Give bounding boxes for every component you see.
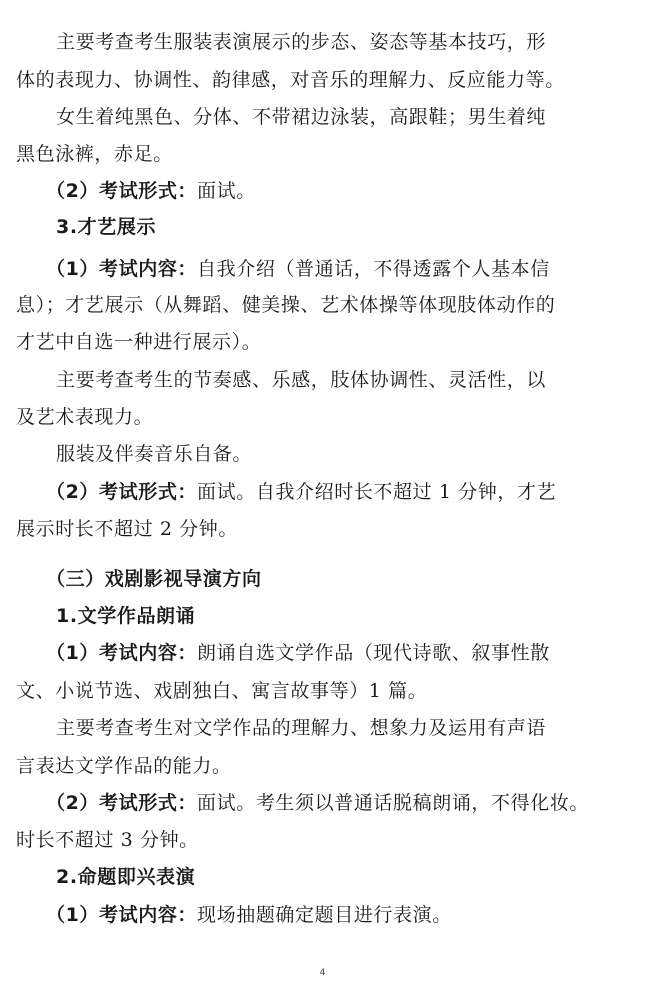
paragraph-line: 服装及伴奏音乐自备。 bbox=[56, 441, 629, 467]
field-value: 朗诵自选文学作品（现代诗歌、叙事性散 bbox=[197, 642, 550, 664]
section-heading: 3.才艺展示 bbox=[56, 214, 629, 240]
exam-content-line: （1）考试内容：朗诵自选文学作品（现代诗歌、叙事性散 bbox=[46, 640, 629, 666]
paragraph-line: 才艺中自选一种进行展示）。 bbox=[16, 329, 629, 355]
paragraph-line: 体的表现力、协调性、韵律感，对音乐的理解力、反应能力等。 bbox=[16, 67, 629, 93]
paragraph-line: 时长不超过 3 分钟。 bbox=[16, 827, 629, 853]
field-label: （1）考试内容： bbox=[46, 904, 197, 926]
exam-format-line: （2）考试形式：面试。考生须以普通话脱稿朗诵，不得化妆。 bbox=[46, 790, 629, 816]
paragraph-line: 文、小说节选、戏剧独白、寓言故事等）1 篇。 bbox=[16, 678, 629, 704]
field-label: （1）考试内容： bbox=[46, 642, 197, 664]
field-label: （2）考试形式： bbox=[46, 180, 197, 202]
paragraph-line: 主要考查考生的节奏感、乐感，肢体协调性、灵活性，以 bbox=[56, 367, 629, 393]
field-label: （2）考试形式： bbox=[46, 792, 197, 814]
paragraph-line: 言表达文学作品的能力。 bbox=[16, 753, 629, 779]
paragraph-line: 黑色泳裤，赤足。 bbox=[16, 141, 629, 167]
paragraph-line: 主要考查考生对文学作品的理解力、想象力及运用有声语 bbox=[56, 715, 629, 741]
field-value: 现场抽题确定题目进行表演。 bbox=[197, 904, 452, 926]
field-label: （2）考试形式： bbox=[46, 481, 197, 503]
page-number: 4 bbox=[0, 968, 645, 978]
exam-content-line: （1）考试内容：自我介绍（普通话，不得透露个人基本信 bbox=[46, 256, 629, 282]
exam-format-line: （2）考试形式：面试。 bbox=[46, 178, 629, 204]
field-value: 面试。 bbox=[197, 180, 256, 202]
paragraph-line: 主要考查考生服装表演展示的步态、姿态等基本技巧，形 bbox=[56, 29, 629, 55]
section-heading: 1.文学作品朗诵 bbox=[56, 603, 629, 629]
field-value: 面试。考生须以普通话脱稿朗诵，不得化妆。 bbox=[197, 792, 589, 814]
exam-format-line: （2）考试形式：面试。自我介绍时长不超过 1 分钟，才艺 bbox=[46, 479, 629, 505]
paragraph-line: 息）；才艺展示（从舞蹈、健美操、艺术体操等体现肢体动作的 bbox=[16, 292, 629, 318]
section-heading: 2.命题即兴表演 bbox=[56, 864, 629, 890]
field-value: 自我介绍（普通话，不得透露个人基本信 bbox=[197, 258, 550, 280]
section-heading: （三）戏剧影视导演方向 bbox=[46, 566, 629, 592]
exam-content-line: （1）考试内容：现场抽题确定题目进行表演。 bbox=[46, 902, 629, 928]
paragraph-line: 及艺术表现力。 bbox=[16, 404, 629, 430]
field-value: 面试。自我介绍时长不超过 1 分钟，才艺 bbox=[197, 481, 556, 503]
paragraph-line: 展示时长不超过 2 分钟。 bbox=[16, 516, 629, 542]
field-label: （1）考试内容： bbox=[46, 258, 197, 280]
paragraph-line: 女生着纯黑色、分体、不带裙边泳装，高跟鞋；男生着纯 bbox=[56, 104, 629, 130]
